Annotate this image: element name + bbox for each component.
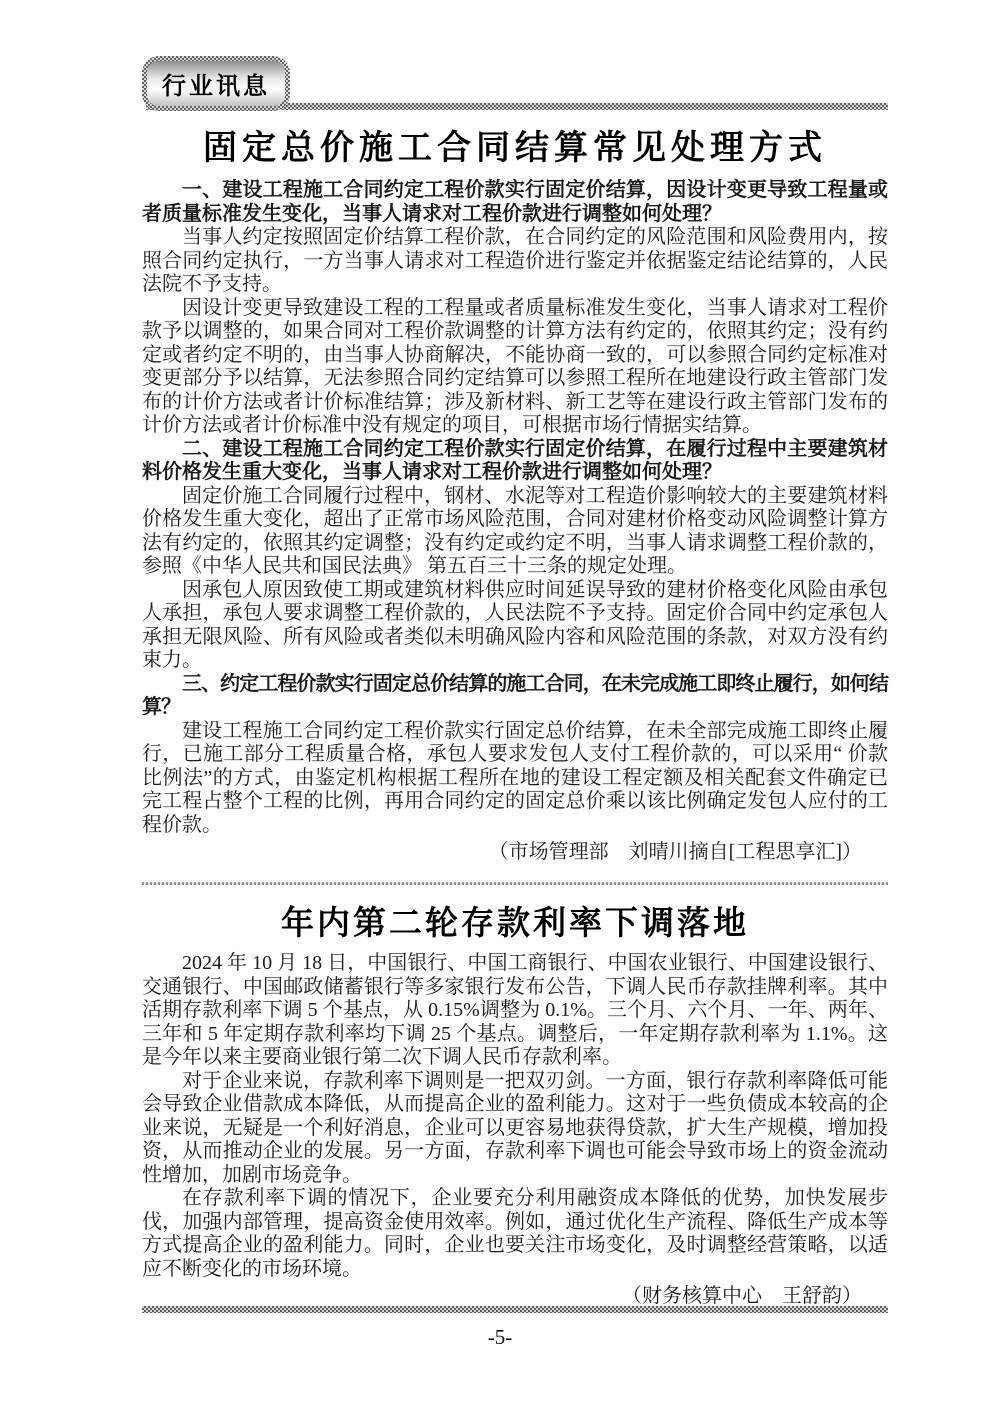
article1-section3-heading: 三、约定工程价款实行固定总价结算的施工合同，在未完成施工即终止履行，如何结算？ bbox=[142, 673, 888, 720]
article2-paragraph: 2024 年 10 月 18 日，中国银行、中国工商银行、中国农业银行、中国建设… bbox=[142, 952, 888, 1070]
page-number: -5- bbox=[0, 1325, 1000, 1350]
footer-rule bbox=[142, 1306, 888, 1313]
page-content: 固定总价施工合同结算常见处理方式 一、建设工程施工合同约定工程价款实行固定价结算… bbox=[142, 112, 888, 1308]
article2-title: 年内第二轮存款利率下调落地 bbox=[142, 897, 888, 944]
article1-section2-heading: 二、建设工程施工合同约定工程价款实行固定价结算，在履行过程中主要建筑材料价格发生… bbox=[142, 438, 888, 485]
article2-paragraph: 在存款利率下调的情况下，企业要充分利用融资成本降低的优势，加快发展步伐，加强内部… bbox=[142, 1187, 888, 1281]
article1-section2-paragraph: 因承包人原因致使工期或建筑材料供应时间延误导致的建材价格变化风险由承包人承担，承… bbox=[142, 579, 888, 673]
article2-attribution: （财务核算中心 王舒韵） bbox=[142, 1284, 888, 1308]
article1-section1-paragraph: 因设计变更导致建设工程的工程量或者质量标准发生变化，当事人请求对工程价款予以调整… bbox=[142, 297, 888, 438]
article1-attribution: （市场管理部 刘晴川摘自[工程思享汇]） bbox=[142, 840, 888, 864]
article-divider-rule bbox=[142, 882, 888, 885]
article1-section1-paragraph: 当事人约定按照固定价结算工程价款，在合同约定的风险范围和风险费用内，按照合同约定… bbox=[142, 226, 888, 297]
industry-news-badge-label: 行业讯息 bbox=[147, 61, 285, 106]
article1-title: 固定总价施工合同结算常见处理方式 bbox=[142, 120, 888, 169]
article1-section1-heading: 一、建设工程施工合同约定工程价款实行固定价结算，因设计变更导致工程量或者质量标准… bbox=[142, 179, 888, 226]
article2-paragraph: 对于企业来说，存款利率下调则是一把双刃剑。一方面，银行存款利率降低可能会导致企业… bbox=[142, 1070, 888, 1188]
article1-section3-paragraph: 建设工程施工合同约定工程价款实行固定总价结算，在未全部完成施工即终止履行，已施工… bbox=[142, 720, 888, 838]
article1-section2-paragraph: 固定价施工合同履行过程中，钢材、水泥等对工程造价影响较大的主要建筑材料价格发生重… bbox=[142, 485, 888, 579]
industry-news-badge: 行业讯息 bbox=[142, 56, 290, 111]
